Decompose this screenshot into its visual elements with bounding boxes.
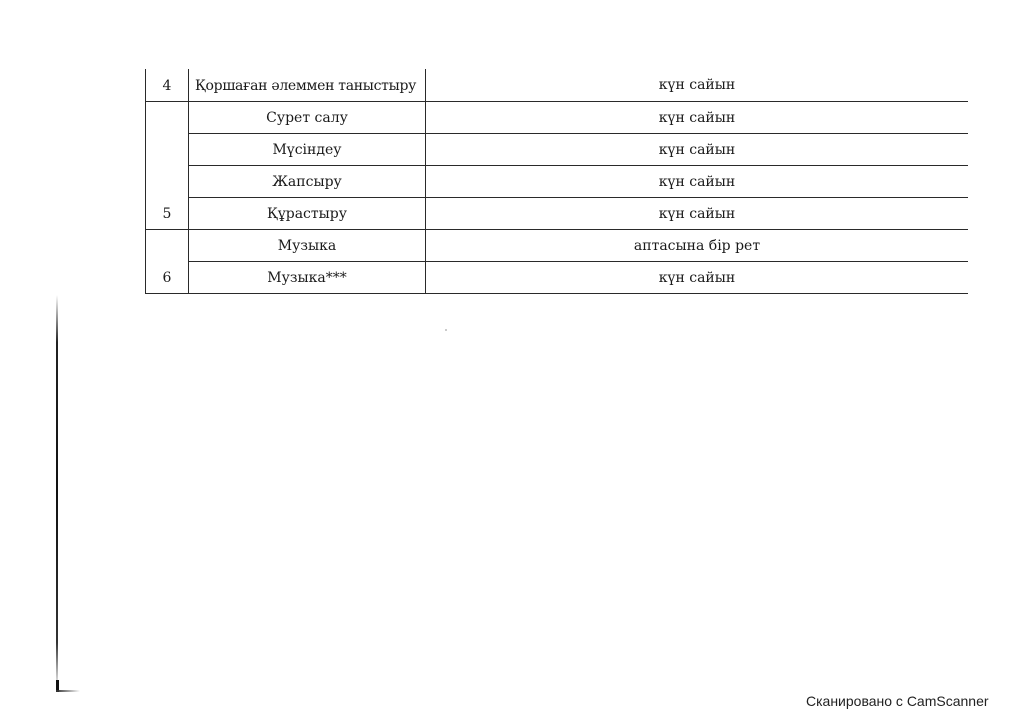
curriculum-table: 4 Қоршаған әлеммен таныстыру күн сайын 5… <box>145 69 968 294</box>
subject-cell: Музыка*** <box>189 262 426 294</box>
table-row: Жапсыру күн сайын <box>146 166 969 198</box>
row-number: 4 <box>146 70 189 102</box>
frequency-cell: күн сайын <box>426 102 969 134</box>
frequency-cell: күн сайын <box>426 262 969 294</box>
table-row: Мүсіндеу күн сайын <box>146 134 969 166</box>
subject-cell: Мүсіндеу <box>189 134 426 166</box>
page-edge-shadow <box>56 295 58 690</box>
subject-cell: Құрастыру <box>189 198 426 230</box>
frequency-cell: күн сайын <box>426 70 969 102</box>
camscanner-watermark: Сканировано с CamScanner <box>806 693 989 709</box>
subject-cell: Қоршаған әлеммен таныстыру <box>189 70 426 102</box>
subject-cell: Музыка <box>189 230 426 262</box>
table-row: 4 Қоршаған әлеммен таныстыру күн сайын <box>146 70 969 102</box>
table-row: 5 Сурет салу күн сайын <box>146 102 969 134</box>
table-row: 6 Музыка аптасына бір рет <box>146 230 969 262</box>
frequency-cell: аптасына бір рет <box>426 230 969 262</box>
table-row: Құрастыру күн сайын <box>146 198 969 230</box>
frequency-cell: күн сайын <box>426 198 969 230</box>
row-number: 5 <box>146 102 189 230</box>
subject-cell: Сурет салу <box>189 102 426 134</box>
frequency-cell: күн сайын <box>426 166 969 198</box>
subject-cell: Жапсыру <box>189 166 426 198</box>
frequency-cell: күн сайын <box>426 134 969 166</box>
row-number: 6 <box>146 230 189 294</box>
scan-speck <box>445 329 447 331</box>
table-row: Музыка*** күн сайын <box>146 262 969 294</box>
page-corner-mark <box>56 680 80 692</box>
